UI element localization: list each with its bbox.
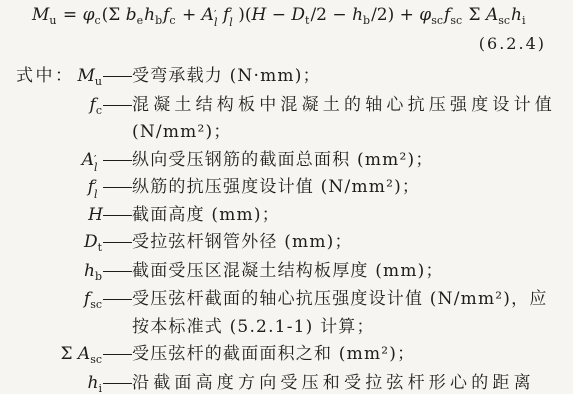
- definition-text-line: 受拉弦杆钢管外径 (mm)；: [132, 229, 573, 257]
- math-subscript: b: [155, 14, 162, 27]
- definition-text-line: 按本标准式 (5.2.1-1) 计算；: [132, 314, 573, 342]
- definition-text: 混凝土结构板中混凝土的轴心抗压强度设计值(N/mm²)；: [132, 92, 573, 147]
- definition-symbol: fsc: [0, 286, 103, 315]
- math-subscript: t: [98, 241, 102, 254]
- math-variable: h: [511, 5, 522, 25]
- math-subscript: sc: [450, 14, 462, 27]
- definition-symbol: 式中：Mu: [0, 63, 103, 92]
- em-dash: [103, 76, 132, 77]
- math-text: (Σ: [102, 5, 126, 25]
- math-text: Σ: [60, 344, 77, 364]
- definition-text: 受压弦杆的截面面积之和 (mm²)；: [132, 341, 573, 369]
- definition-symbol: Σ Asc: [0, 341, 103, 370]
- math-subscript: t: [305, 14, 309, 27]
- em-dash: [103, 105, 132, 106]
- math-variable: A: [82, 150, 94, 170]
- math-variable: M: [77, 66, 94, 86]
- definition-row: fc混凝土结构板中混凝土的轴心抗压强度设计值(N/mm²)；: [0, 92, 573, 147]
- definition-symbol: A′l: [0, 147, 103, 175]
- math-variable: A: [78, 344, 90, 364]
- math-subscript: i: [522, 14, 526, 27]
- definition-row: H截面高度 (mm)；: [0, 202, 573, 230]
- definition-text: 受压弦杆截面的轴心抗压强度设计值 (N/mm²)，应按本标准式 (5.2.1-1…: [132, 286, 573, 341]
- definition-text-line: 纵筋的抗压强度设计值 (N/mm²)；: [132, 174, 573, 202]
- definition-row: hi沿截面高度方向受压和受拉弦杆形心的距离: [0, 370, 573, 394]
- math-subscript: c: [96, 104, 102, 117]
- definition-text-line: 纵向受压钢筋的截面总面积 (mm²)；: [132, 147, 573, 175]
- math-variable: M: [32, 5, 49, 25]
- math-variable: A: [486, 5, 498, 25]
- math-subscript: b: [363, 14, 370, 27]
- math-variable: φ: [83, 5, 95, 25]
- definition-text: 受弯承载力 (N·mm)；: [132, 63, 573, 91]
- document-page: Mu = φc(Σ behbfc + A′lf′l)(H − Dt/2 − hb…: [0, 0, 573, 394]
- definition-text-line: 受压弦杆截面的轴心抗压强度设计值 (N/mm²)，应: [132, 286, 573, 314]
- em-dash: [103, 215, 132, 216]
- definition-text-line: 截面高度 (mm)；: [132, 202, 573, 230]
- definition-symbol: H: [0, 202, 103, 230]
- definition-text: 截面高度 (mm)；: [132, 202, 573, 230]
- definition-text: 截面受压区混凝土结构板厚度 (mm)；: [132, 258, 573, 286]
- symbol-definitions-list: 式中：Mu受弯承载力 (N·mm)；fc混凝土结构板中混凝土的轴心抗压强度设计值…: [0, 63, 573, 394]
- definition-row: hb截面受压区混凝土结构板厚度 (mm)；: [0, 258, 573, 287]
- math-subscript: e: [137, 14, 144, 27]
- definition-text: 沿截面高度方向受压和受拉弦杆形心的距离: [132, 370, 573, 394]
- definition-symbol: fc: [0, 92, 103, 121]
- math-subscript: sc: [90, 298, 102, 311]
- definition-row: Dt受拉弦杆钢管外径 (mm)；: [0, 229, 573, 258]
- definition-text-line: 受压弦杆的截面面积之和 (mm²)；: [132, 341, 573, 369]
- where-label: 式中：: [16, 66, 75, 86]
- math-subscript: sc: [90, 353, 102, 366]
- math-text: =: [58, 5, 83, 25]
- em-dash: [103, 160, 132, 161]
- prime-subscript: ′l: [214, 11, 221, 27]
- em-dash: [103, 242, 132, 243]
- prime-subscript: ′l: [229, 11, 236, 27]
- math-text: Σ: [463, 5, 486, 25]
- prime-subscript: ′l: [94, 183, 101, 199]
- definition-symbol: hi: [0, 370, 103, 394]
- math-variable: D: [84, 232, 98, 252]
- math-subscript: u: [49, 14, 56, 27]
- em-dash: [103, 354, 132, 355]
- definition-symbol: hb: [0, 258, 103, 287]
- math-subscript: sc: [498, 14, 510, 27]
- math-subscript: c: [169, 14, 175, 27]
- equation-number: (6.2.4): [0, 31, 573, 57]
- math-variable: f: [90, 95, 96, 115]
- definition-text-line: (N/mm²)；: [132, 119, 573, 147]
- definition-symbol: Dt: [0, 229, 103, 258]
- math-variable: h: [88, 373, 99, 393]
- definition-row: fsc受压弦杆截面的轴心抗压强度设计值 (N/mm²)，应按本标准式 (5.2.…: [0, 286, 573, 341]
- math-subscript: sc: [431, 14, 443, 27]
- math-variable: A: [202, 5, 214, 25]
- definition-row: 式中：Mu受弯承载力 (N·mm)；: [0, 63, 573, 92]
- em-dash: [103, 299, 132, 300]
- definition-symbol: f′l: [0, 174, 103, 202]
- math-variable: φ: [419, 5, 431, 25]
- math-variable: H: [88, 205, 103, 225]
- math-variable: b: [126, 5, 137, 25]
- math-subscript: i: [98, 382, 102, 394]
- math-variable: h: [144, 5, 155, 25]
- definition-text: 受拉弦杆钢管外径 (mm)；: [132, 229, 573, 257]
- definition-text-line: 截面受压区混凝土结构板厚度 (mm)；: [132, 258, 573, 286]
- definition-row: f′l纵筋的抗压强度设计值 (N/mm²)；: [0, 174, 573, 202]
- math-variable: D: [291, 5, 305, 25]
- definition-row: Σ Asc受压弦杆的截面面积之和 (mm²)；: [0, 341, 573, 370]
- math-text: +: [177, 5, 202, 25]
- math-subscript: b: [95, 270, 102, 283]
- math-text: /2) +: [371, 5, 419, 25]
- math-text: −: [266, 5, 291, 25]
- definition-text: 纵向受压钢筋的截面总面积 (mm²)；: [132, 147, 573, 175]
- equation-formula: Mu = φc(Σ behbfc + A′lf′l)(H − Dt/2 − hb…: [0, 0, 573, 29]
- em-dash: [103, 271, 132, 272]
- definition-text-line: 混凝土结构板中混凝土的轴心抗压强度设计值: [132, 92, 573, 120]
- em-dash: [103, 187, 132, 188]
- em-dash: [103, 383, 132, 384]
- math-variable: h: [352, 5, 363, 25]
- math-text: )(: [238, 5, 251, 25]
- math-variable: h: [84, 261, 95, 281]
- math-subscript: u: [95, 75, 102, 88]
- definition-row: A′l纵向受压钢筋的截面总面积 (mm²)；: [0, 147, 573, 175]
- math-subscript: c: [94, 14, 100, 27]
- math-variable: H: [252, 5, 267, 25]
- definition-text-line: 受弯承载力 (N·mm)；: [132, 63, 573, 91]
- definition-text: 纵筋的抗压强度设计值 (N/mm²)；: [132, 174, 573, 202]
- prime-subscript: ′l: [94, 156, 101, 172]
- math-text: /2 −: [310, 5, 352, 25]
- definition-text-line: 沿截面高度方向受压和受拉弦杆形心的距离: [132, 370, 573, 394]
